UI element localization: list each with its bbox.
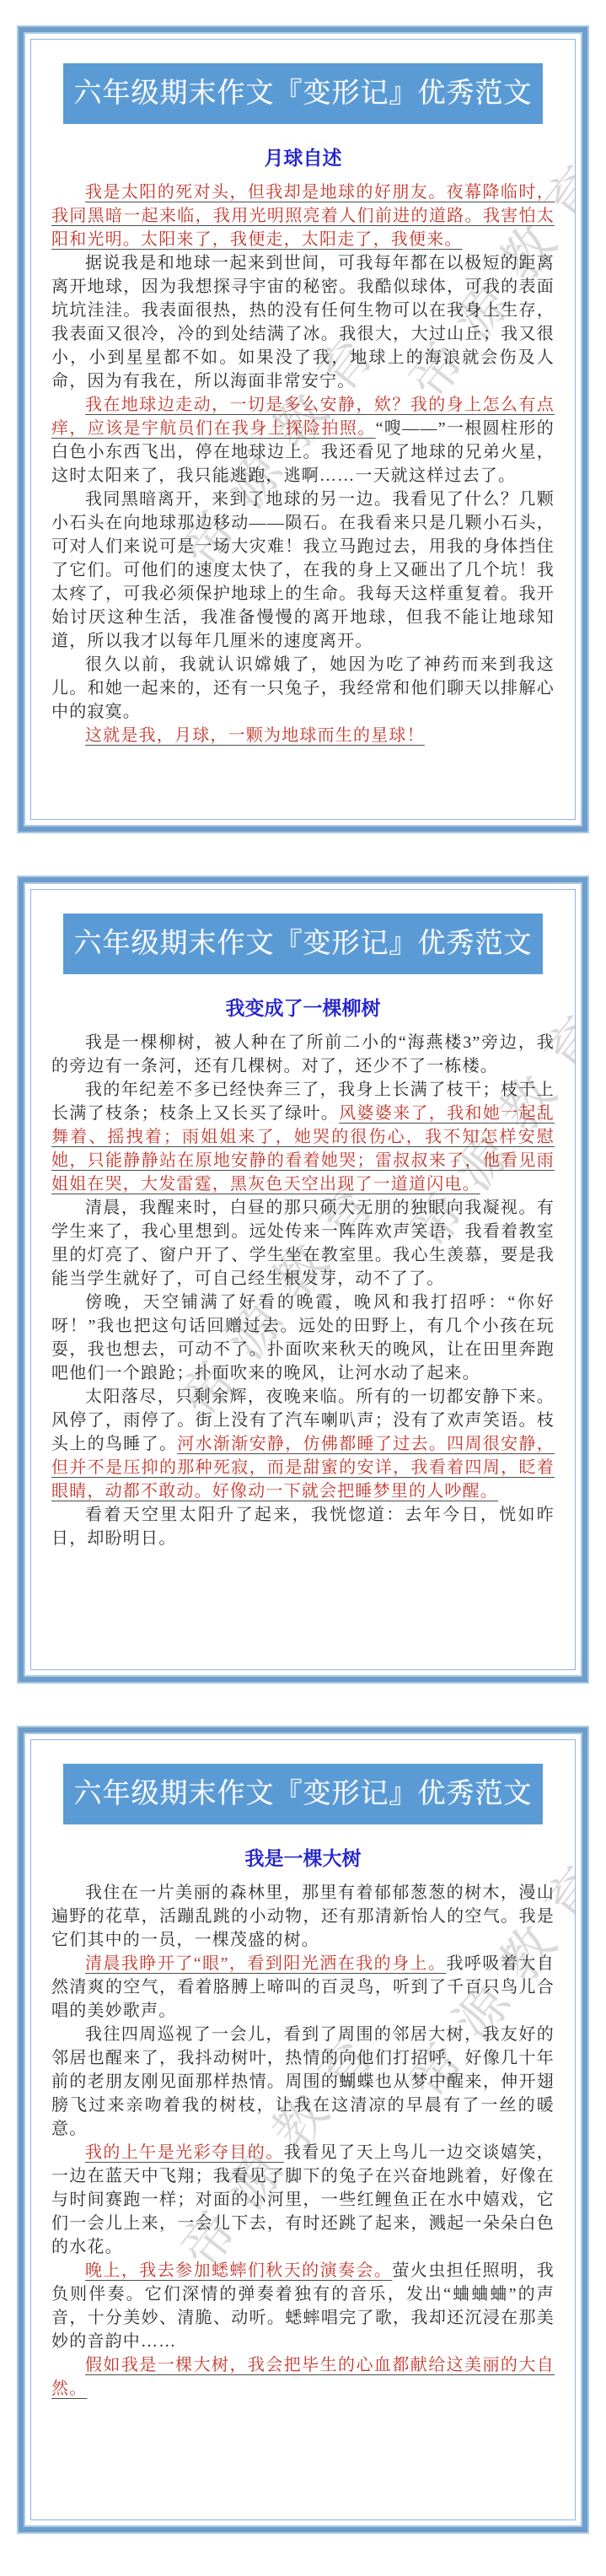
card-frame-inner: 帝源教育 帝源教育 六年级期末作文『变形记』优秀范文三篇 我变成了一棵柳树 我是…: [24, 882, 582, 1677]
card-frame-line: 帝源教育 帝源教育 六年级期末作文『变形记』优秀范文三篇 我是一棵大树 我住在一…: [30, 1739, 576, 2520]
text-segment: 清晨，我醒来时，白昼的那只硕大无朋的独眼向我凝视。有学生来了，我心里想到。远处传…: [51, 1199, 555, 1288]
highlighted-text-segment: 假如我是一棵大树，我会把毕生的心血都献给这美丽的大自然。: [51, 2356, 555, 2398]
essay-paragraph: 很久以前，我就认识嫦娥了，她因为吃了神药而来到我这儿。和她一起来的，还有一只兔子…: [51, 653, 555, 724]
card-frame-mid: 帝源教育 帝源教育 六年级期末作文『变形记』优秀范文三篇 月球自述 我是太阳的死…: [19, 27, 587, 832]
essay-body: 我住在一片美丽的森林里，那里有着郁郁葱葱的树木，漫山遍野的花草，活蹦乱跳的小动物…: [51, 1881, 555, 2401]
highlighted-text-segment: 我是太阳的死对头，但我却是地球的好朋友。夜幕降临时，我同黑暗一起来临，我用光明照…: [51, 183, 555, 249]
essay-paragraph: 据说我是和地球一起来到世间，可我每年都在以极短的距离离开地球，因为我想探寻宇宙的…: [51, 251, 555, 393]
essay-paragraph: 晚上，我去参加蟋蟀们秋天的演奏会。萤火虫担任照明，我负则伴奏。它们深情的弹奏着独…: [51, 2259, 555, 2353]
essay-paragraph: 我住在一片美丽的森林里，那里有着郁郁葱葱的树木，漫山遍野的花草，活蹦乱跳的小动物…: [51, 1881, 555, 1952]
essay-title: 我是一棵大树: [51, 1843, 555, 1871]
essay-paragraph: 我的上午是光彩夺目的。我看见了天上鸟儿一边交谈嬉笑，一边在蓝天中飞翔；我看见了脚…: [51, 2141, 555, 2259]
text-segment: 傍晚，天空铺满了好看的晚霞，晚风和我打招呼：“你好呀！”我也把这句话回赠过去。远…: [51, 1293, 555, 1382]
card-content: 六年级期末作文『变形记』优秀范文三篇 我是一棵大树 我住在一片美丽的森林里，那里…: [51, 1764, 555, 2401]
essay-paragraph: 我往四周巡视了一会儿，看到了周围的邻居大树，我友好的邻居也醒来了，我抖动树叶，热…: [51, 2023, 555, 2141]
essay-paragraph: 太阳落尽，只剩余辉，夜晚来临。所有的一切都安静下来。风停了，雨停了。街上没有了汽…: [51, 1385, 555, 1503]
text-segment: 我住在一片美丽的森林里，那里有着郁郁葱葱的树木，漫山遍野的花草，活蹦乱跳的小动物…: [51, 1883, 555, 1949]
card-frame-inner: 帝源教育 帝源教育 六年级期末作文『变形记』优秀范文三篇 我是一棵大树 我住在一…: [24, 1733, 582, 2527]
essay-card: 帝源教育 帝源教育 六年级期末作文『变形记』优秀范文三篇 我变成了一棵柳树 我是…: [17, 876, 589, 1684]
essay-paragraph: 清晨我睁开了“眼”，看到阳光洒在我的身上。我呼吸着大自然清爽的空气，看着胳膊上啼…: [51, 1952, 555, 2023]
essay-paragraph: 我在地球边走动，一切是多么安静，欸？我的身上怎么有点痒，应该是宇航员们在我身上探…: [51, 393, 555, 488]
essay-title: 我变成了一棵柳树: [51, 993, 555, 1021]
highlighted-text-segment: 晚上，我去参加蟋蟀们秋天的演奏会。: [85, 2261, 392, 2280]
card-frame-line: 帝源教育 帝源教育 六年级期末作文『变形记』优秀范文三篇 我变成了一棵柳树 我是…: [30, 889, 576, 1670]
card-frame-line: 帝源教育 帝源教育 六年级期末作文『变形记』优秀范文三篇 月球自述 我是太阳的死…: [30, 39, 576, 820]
essay-paragraph: 假如我是一棵大树，我会把毕生的心血都献给这美丽的大自然。: [51, 2353, 555, 2401]
essay-paragraph: 傍晚，天空铺满了好看的晚霞，晚风和我打招呼：“你好呀！”我也把这句话回赠过去。远…: [51, 1291, 555, 1385]
card-content: 六年级期末作文『变形记』优秀范文三篇 我变成了一棵柳树 我是一棵柳树，被人种在了…: [51, 913, 555, 1550]
highlighted-text-segment: 这就是我，月球，一颗为地球而生的星球！: [85, 726, 425, 745]
essay-paragraph: 这就是我，月球，一颗为地球而生的星球！: [51, 724, 555, 747]
essay-paragraph: 我的年纪差不多已经快奔三了，我身上长满了枝干；枝干上长满了枝条；枝条上又长买了绿…: [51, 1078, 555, 1196]
card-header-banner: 六年级期末作文『变形记』优秀范文三篇: [63, 63, 543, 124]
highlighted-text-segment: 我的上午是光彩夺目的。: [85, 2143, 284, 2162]
essay-body: 我是一棵柳树，被人种在了所前二小的“海燕楼3”旁边，我的旁边有一条河，还有几棵树…: [51, 1031, 555, 1550]
essay-paragraph: 我是太阳的死对头，但我却是地球的好朋友。夜幕降临时，我同黑暗一起来临，我用光明照…: [51, 181, 555, 251]
text-segment: 我是一棵柳树，被人种在了所前二小的“海燕楼3”旁边，我的旁边有一条河，还有几棵树…: [51, 1033, 555, 1075]
text-segment: 据说我是和地球一起来到世间，可我每年都在以极短的距离离开地球，因为我想探寻宇宙的…: [51, 254, 555, 391]
card-header-banner: 六年级期末作文『变形记』优秀范文三篇: [63, 1764, 543, 1824]
text-segment: 我往四周巡视了一会儿，看到了周围的邻居大树，我友好的邻居也醒来了，我抖动树叶，热…: [51, 2025, 555, 2138]
card-header-banner: 六年级期末作文『变形记』优秀范文三篇: [63, 913, 543, 974]
essay-paragraph: 我同黑暗离开，来到了地球的另一边。我看见了什么？几颗小石头在向地球那边移动——陨…: [51, 488, 555, 653]
essays-page: 帝源教育 帝源教育 六年级期末作文『变形记』优秀范文三篇 月球自述 我是太阳的死…: [0, 25, 606, 2534]
essay-title: 月球自述: [51, 143, 555, 170]
card-content: 六年级期末作文『变形记』优秀范文三篇 月球自述 我是太阳的死对头，但我却是地球的…: [51, 63, 555, 747]
highlighted-text-segment: 清晨我睁开了“眼”，看到阳光洒在我的身上。: [85, 1954, 446, 1973]
essay-body: 我是太阳的死对头，但我却是地球的好朋友。夜幕降临时，我同黑暗一起来临，我用光明照…: [51, 181, 555, 747]
card-frame-inner: 帝源教育 帝源教育 六年级期末作文『变形记』优秀范文三篇 月球自述 我是太阳的死…: [24, 32, 582, 827]
card-frame-mid: 帝源教育 帝源教育 六年级期末作文『变形记』优秀范文三篇 我是一棵大树 我住在一…: [19, 1727, 587, 2532]
text-segment: 看着天空里太阳升了起来，我恍惚道：去年今日，恍如昨日，却盼明日。: [51, 1506, 555, 1548]
text-segment: 很久以前，我就认识嫦娥了，她因为吃了神药而来到我这儿。和她一起来的，还有一只兔子…: [51, 655, 555, 721]
text-segment: 我同黑暗离开，来到了地球的另一边。我看见了什么？几颗小石头在向地球那边移动——陨…: [51, 490, 555, 650]
essay-paragraph: 清晨，我醒来时，白昼的那只硕大无朋的独眼向我凝视。有学生来了，我心里想到。远处传…: [51, 1196, 555, 1291]
essay-card: 帝源教育 帝源教育 六年级期末作文『变形记』优秀范文三篇 月球自述 我是太阳的死…: [17, 25, 589, 833]
essay-paragraph: 我是一棵柳树，被人种在了所前二小的“海燕楼3”旁边，我的旁边有一条河，还有几棵树…: [51, 1031, 555, 1078]
card-frame-mid: 帝源教育 帝源教育 六年级期末作文『变形记』优秀范文三篇 我变成了一棵柳树 我是…: [19, 877, 587, 1682]
essay-paragraph: 看着天空里太阳升了起来，我恍惚道：去年今日，恍如昨日，却盼明日。: [51, 1503, 555, 1550]
essay-card: 帝源教育 帝源教育 六年级期末作文『变形记』优秀范文三篇 我是一棵大树 我住在一…: [17, 1726, 589, 2534]
